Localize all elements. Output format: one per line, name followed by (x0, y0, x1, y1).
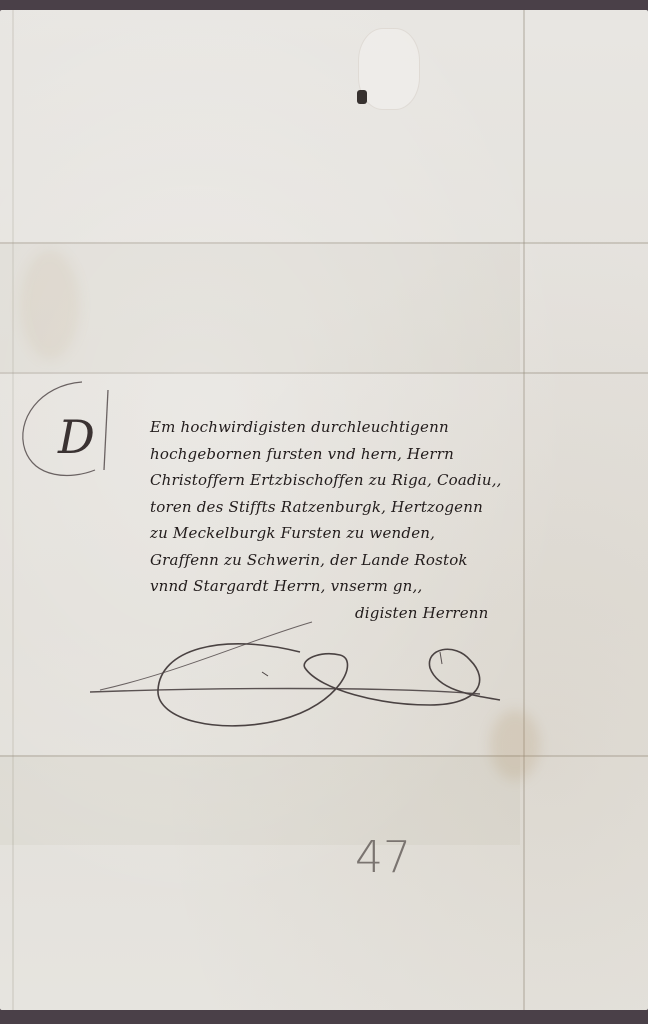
address-line: digisten Herrenn (150, 600, 520, 627)
address-line: Graffenn zu Schwerin, der Lande Rostok (150, 547, 520, 574)
address-line: toren des Stiffts Ratzenburgk, Hertzogen… (150, 494, 520, 521)
decorated-initial: D (58, 410, 95, 464)
page-number: 47 (355, 832, 411, 883)
address-line: vnnd Stargardt Herrn, vnserm gn,, (150, 573, 520, 600)
address-block: Em hochwirdigisten durchleuchtigenn hoch… (150, 414, 520, 626)
address-line: zu Meckelburgk Fursten zu wenden, (150, 520, 520, 547)
address-line: Em hochwirdigisten durchleuchtigenn (150, 414, 520, 441)
address-line: hochgebornen fursten vnd hern, Herrn (150, 441, 520, 468)
address-line: Christoffern Ertzbischoffen zu Riga, Coa… (150, 467, 520, 494)
